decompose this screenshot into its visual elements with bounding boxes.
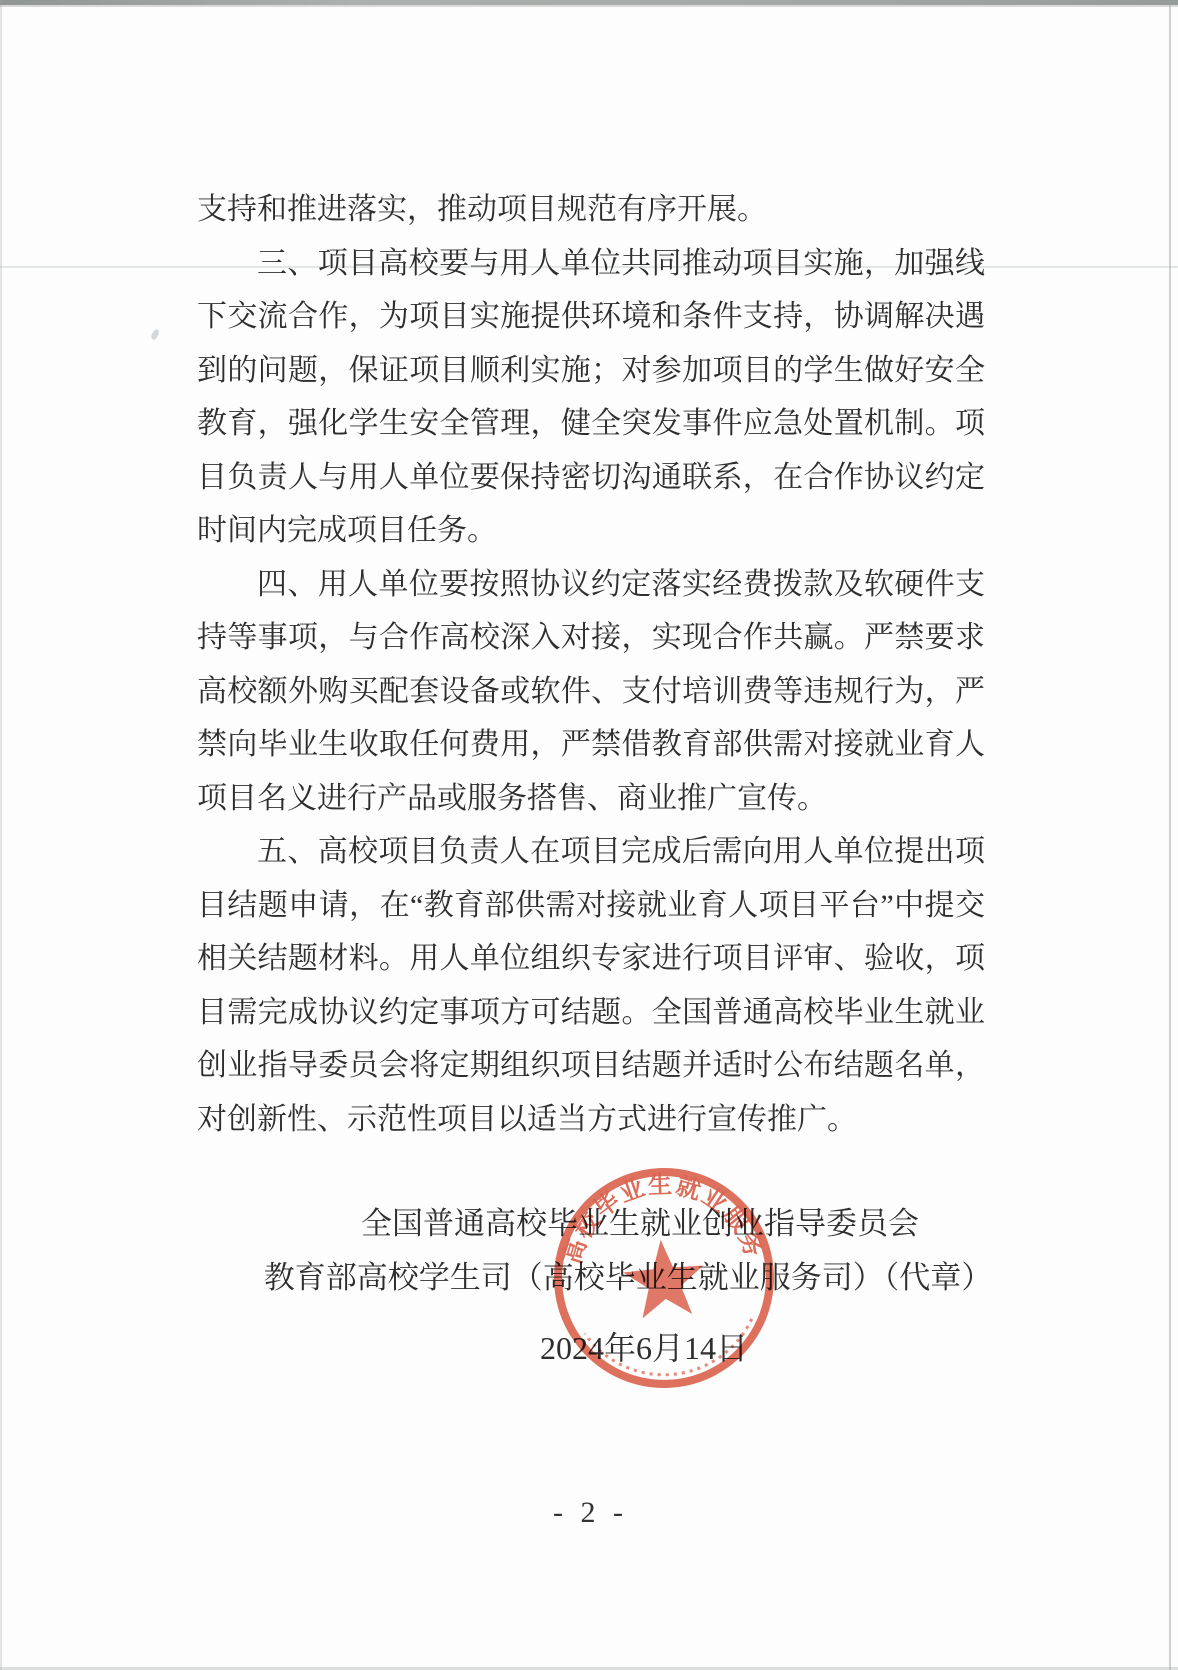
paragraph-item-3: 三、项目高校要与用人单位共同推动项目实施，加强线 下交流合作，为项目实施提供环境… [197,237,985,558]
body-line: 时间内完成项目任务。 [197,504,985,558]
document-body: 支持和推进落实，推动项目规范有序开展。 三、项目高校要与用人单位共同推动项目实施… [197,183,985,1146]
body-line: 三、项目高校要与用人单位共同推动项目实施，加强线 [197,237,985,291]
seal-star-icon [621,1236,708,1319]
body-line: 持等事项，与合作高校深入对接，实现合作共赢。严禁要求 [197,611,985,665]
body-line: 目需完成协议约定事项方可结题。全国普通高校毕业生就业 [197,986,985,1040]
body-line: 禁向毕业生收取任何费用，严禁借教育部供需对接就业育人 [197,718,985,772]
scan-edge-top-shadow [0,5,1178,7]
paragraph-continuation: 支持和推进落实，推动项目规范有序开展。 [197,183,985,237]
body-line: 目结题申请，在“教育部供需对接就业育人项目平台”中提交 [197,879,985,933]
scan-edge-left [0,0,2,1670]
body-line: 相关结题材料。用人单位组织专家进行项目评审、验收，项 [197,932,985,986]
body-line: 下交流合作，为项目实施提供环境和条件支持，协调解决遇 [197,290,985,344]
body-line: 教育，强化学生安全管理，健全突发事件应急处置机制。项 [197,397,985,451]
page-number: - 2 - [553,1496,625,1530]
document-page: 支持和推进落实，推动项目规范有序开展。 三、项目高校要与用人单位共同推动项目实施… [0,0,1178,1670]
scan-edge-right [1169,0,1171,1670]
body-line: 高校额外购买配套设备或软件、支付培训费等违规行为，严 [197,665,985,719]
body-line: 支持和推进落实，推动项目规范有序开展。 [197,183,985,237]
body-line: 创业指导委员会将定期组织项目结题并适时公布结题名单， [197,1039,985,1093]
body-line: 目负责人与用人单位要保持密切沟通联系，在合作协议约定 [197,451,985,505]
official-seal: 高校毕业生就业服务 [539,1153,788,1402]
body-line: 项目名义进行产品或服务搭售、商业推广宣传。 [197,772,985,826]
body-line: 四、用人单位要按照协议约定落实经费拨款及软硬件支 [197,558,985,612]
body-line: 五、高校项目负责人在项目完成后需向用人单位提出项 [197,825,985,879]
body-line: 对创新性、示范性项目以适当方式进行宣传推广。 [197,1093,985,1147]
body-line: 到的问题，保证项目顺利实施；对参加项目的学生做好安全 [197,344,985,398]
scan-speck [150,328,160,340]
paragraph-item-5: 五、高校项目负责人在项目完成后需向用人单位提出项 目结题申请，在“教育部供需对接… [197,825,985,1146]
paragraph-item-4: 四、用人单位要按照协议约定落实经费拨款及软硬件支 持等事项，与合作高校深入对接，… [197,558,985,826]
